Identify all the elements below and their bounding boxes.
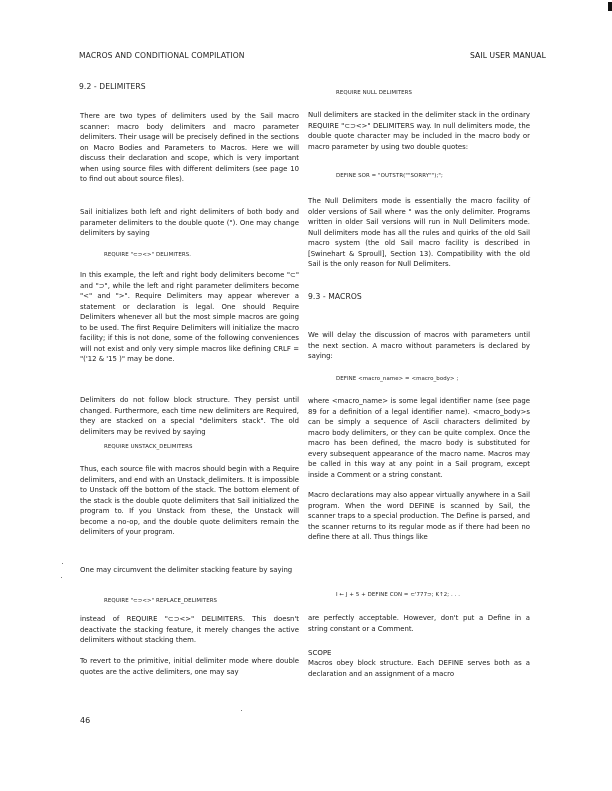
code-define-macro-syntax: DEFINE <macro_name> = <macro_body> ;	[336, 374, 458, 385]
paragraph-macro-declarations-anywhere: Macro declarations may also appear virtu…	[308, 490, 530, 543]
code-replace-delimiters: REQUIRE "⊂⊃<>" REPLACE_DELIMITERS	[104, 596, 217, 607]
code-require-null-delimiters: REQUIRE NULL DELIMITERS	[336, 88, 412, 99]
paragraph-initial-delimiters: Sail initializes both left and right del…	[80, 207, 299, 239]
paragraph-macro-delay: We will delay the discussion of macros w…	[308, 330, 530, 362]
paragraph-source-file-usage: Thus, each source file with macros shoul…	[80, 464, 299, 538]
section-title-macros: 9.3 - MACROS	[308, 292, 362, 303]
scan-speck	[241, 710, 242, 711]
scan-speck	[61, 577, 62, 578]
section-title-delimiters: 9.2 - DELIMITERS	[79, 82, 146, 93]
paragraph-circumvent-stacking: One may circumvent the delimiter stackin…	[80, 565, 299, 576]
code-require-delimiters: REQUIRE "⊂⊃<>" DELIMITERS.	[104, 250, 191, 261]
scan-speck	[62, 563, 63, 564]
running-head-manual-title: SAIL USER MANUAL	[470, 51, 546, 60]
paragraph-null-delimiters-stack: Null delimiters are stacked in the delim…	[308, 110, 530, 152]
paragraph-macro-name-body: where <macro_name> is some legal identif…	[308, 396, 530, 480]
paragraph-null-delimiters-mode: The Null Delimiters mode is essentially …	[308, 196, 530, 270]
page-number: 46	[80, 716, 90, 725]
running-head-chapter: MACROS AND CONDITIONAL COMPILATION	[79, 51, 245, 60]
paragraph-delimiter-stack: Delimiters do not follow block structure…	[80, 395, 299, 437]
paragraph-delimiter-types: There are two types of delimiters used b…	[80, 111, 299, 185]
paragraph-scope: Macros obey block structure. Each DEFINE…	[308, 658, 530, 679]
scan-corner-mark	[608, 2, 612, 11]
paragraph-acceptable: are perfectly acceptable. However, don't…	[308, 613, 530, 634]
code-unstack-delimiters: REQUIRE UNSTACK_DELIMITERS	[104, 442, 193, 453]
code-inline-define-example: I ← J + 5 + DEFINE CON = ⊂'777⊃; K↑2; . …	[336, 590, 460, 601]
paragraph-replace-explanation: instead of REQUIRE "⊂⊃<>" DELIMITERS. Th…	[80, 614, 299, 646]
paragraph-revert-primitive: To revert to the primitive, initial deli…	[80, 656, 299, 677]
subheading-scope: SCOPE	[308, 648, 332, 659]
code-define-sor: DEFINE SOR = "OUTSTR(""SORRY"");";	[336, 171, 443, 182]
paragraph-example-explanation: In this example, the left and right body…	[80, 270, 299, 365]
